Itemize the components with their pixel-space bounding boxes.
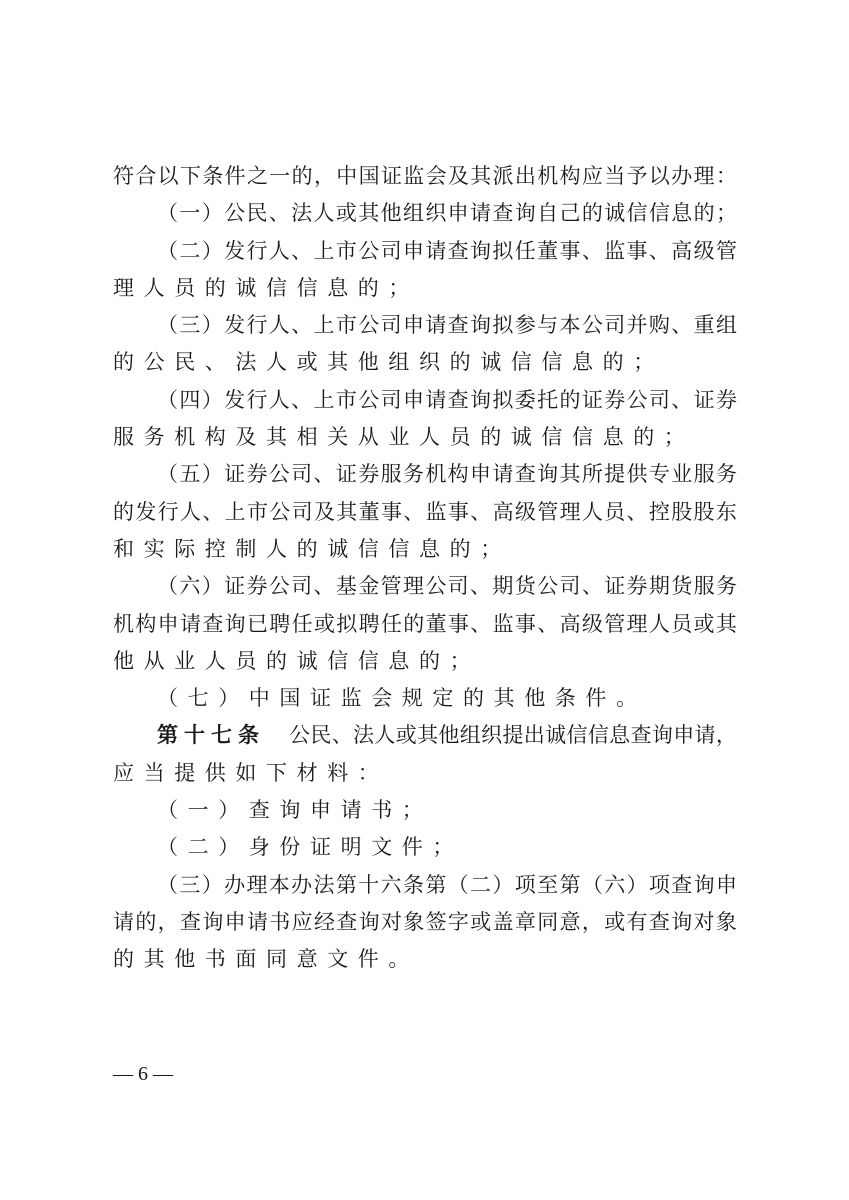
line-text: 理人员的诚信信息的； [113,270,419,307]
line-text: 服务机构及其相关从业人员的诚信信息的； [113,419,694,456]
line-text: （二）身份证明文件； [157,829,463,866]
paragraph-line: （二）发行人、上市公司申请查询拟任董事、监事、高级管 [113,233,737,270]
page-number: — 6 — [113,1063,173,1086]
paragraph-line: 第十七条公民、法人或其他组织提出诚信信息查询申请， [113,717,737,754]
paragraph-line: （三）发行人、上市公司申请查询拟参与本公司并购、重组 [113,307,737,344]
paragraph-line: 理人员的诚信信息的； [113,270,737,307]
paragraph-line: （五）证券公司、证券服务机构申请查询其所提供专业服务 [113,456,737,493]
line-text: 应当提供如下材料： [113,755,388,792]
line-text: 他从业人员的诚信信息的； [113,643,480,680]
line-text: 的公民、法人或其他组织的诚信信息的； [113,344,664,381]
article-heading: 第十七条 [157,717,265,754]
paragraph-line: 和实际控制人的诚信信息的； [113,531,737,568]
line-text: （七）中国证监会规定的其他条件。 [157,680,647,717]
paragraph-line: （一）查询申请书； [113,792,737,829]
paragraph-line: （一）公民、法人或其他组织申请查询自己的诚信信息的； [113,195,737,232]
paragraph-line: 的其他书面同意文件。 [113,941,737,978]
line-text: 的其他书面同意文件。 [113,941,419,978]
paragraph-line: （七）中国证监会规定的其他条件。 [113,680,737,717]
line-text: （一）查询申请书； [157,792,432,829]
paragraph-line: 机构申请查询已聘任或拟聘任的董事、监事、高级管理人员或其 [113,606,737,643]
paragraph-line: （三）办理本办法第十六条第（二）项至第（六）项查询申 [113,867,737,904]
line-text: 和实际控制人的诚信信息的； [113,531,511,568]
paragraph-line: 符合以下条件之一的，中国证监会及其派出机构应当予以办理： [113,158,737,195]
paragraph-line: （四）发行人、上市公司申请查询拟委托的证券公司、证券 [113,382,737,419]
document-body: 符合以下条件之一的，中国证监会及其派出机构应当予以办理：（一）公民、法人或其他组… [113,158,737,979]
paragraph-line: （六）证券公司、基金管理公司、期货公司、证券期货服务 [113,568,737,605]
paragraph-line: 的发行人、上市公司及其董事、监事、高级管理人员、控股股东 [113,494,737,531]
paragraph-line: 的公民、法人或其他组织的诚信信息的； [113,344,737,381]
paragraph-line: 他从业人员的诚信信息的； [113,643,737,680]
line-text: 公民、法人或其他组织提出诚信信息查询申请， [289,717,737,754]
paragraph-line: （二）身份证明文件； [113,829,737,866]
paragraph-line: 服务机构及其相关从业人员的诚信信息的； [113,419,737,456]
paragraph-line: 应当提供如下材料： [113,755,737,792]
paragraph-line: 请的，查询申请书应经查询对象签字或盖章同意，或有查询对象 [113,904,737,941]
